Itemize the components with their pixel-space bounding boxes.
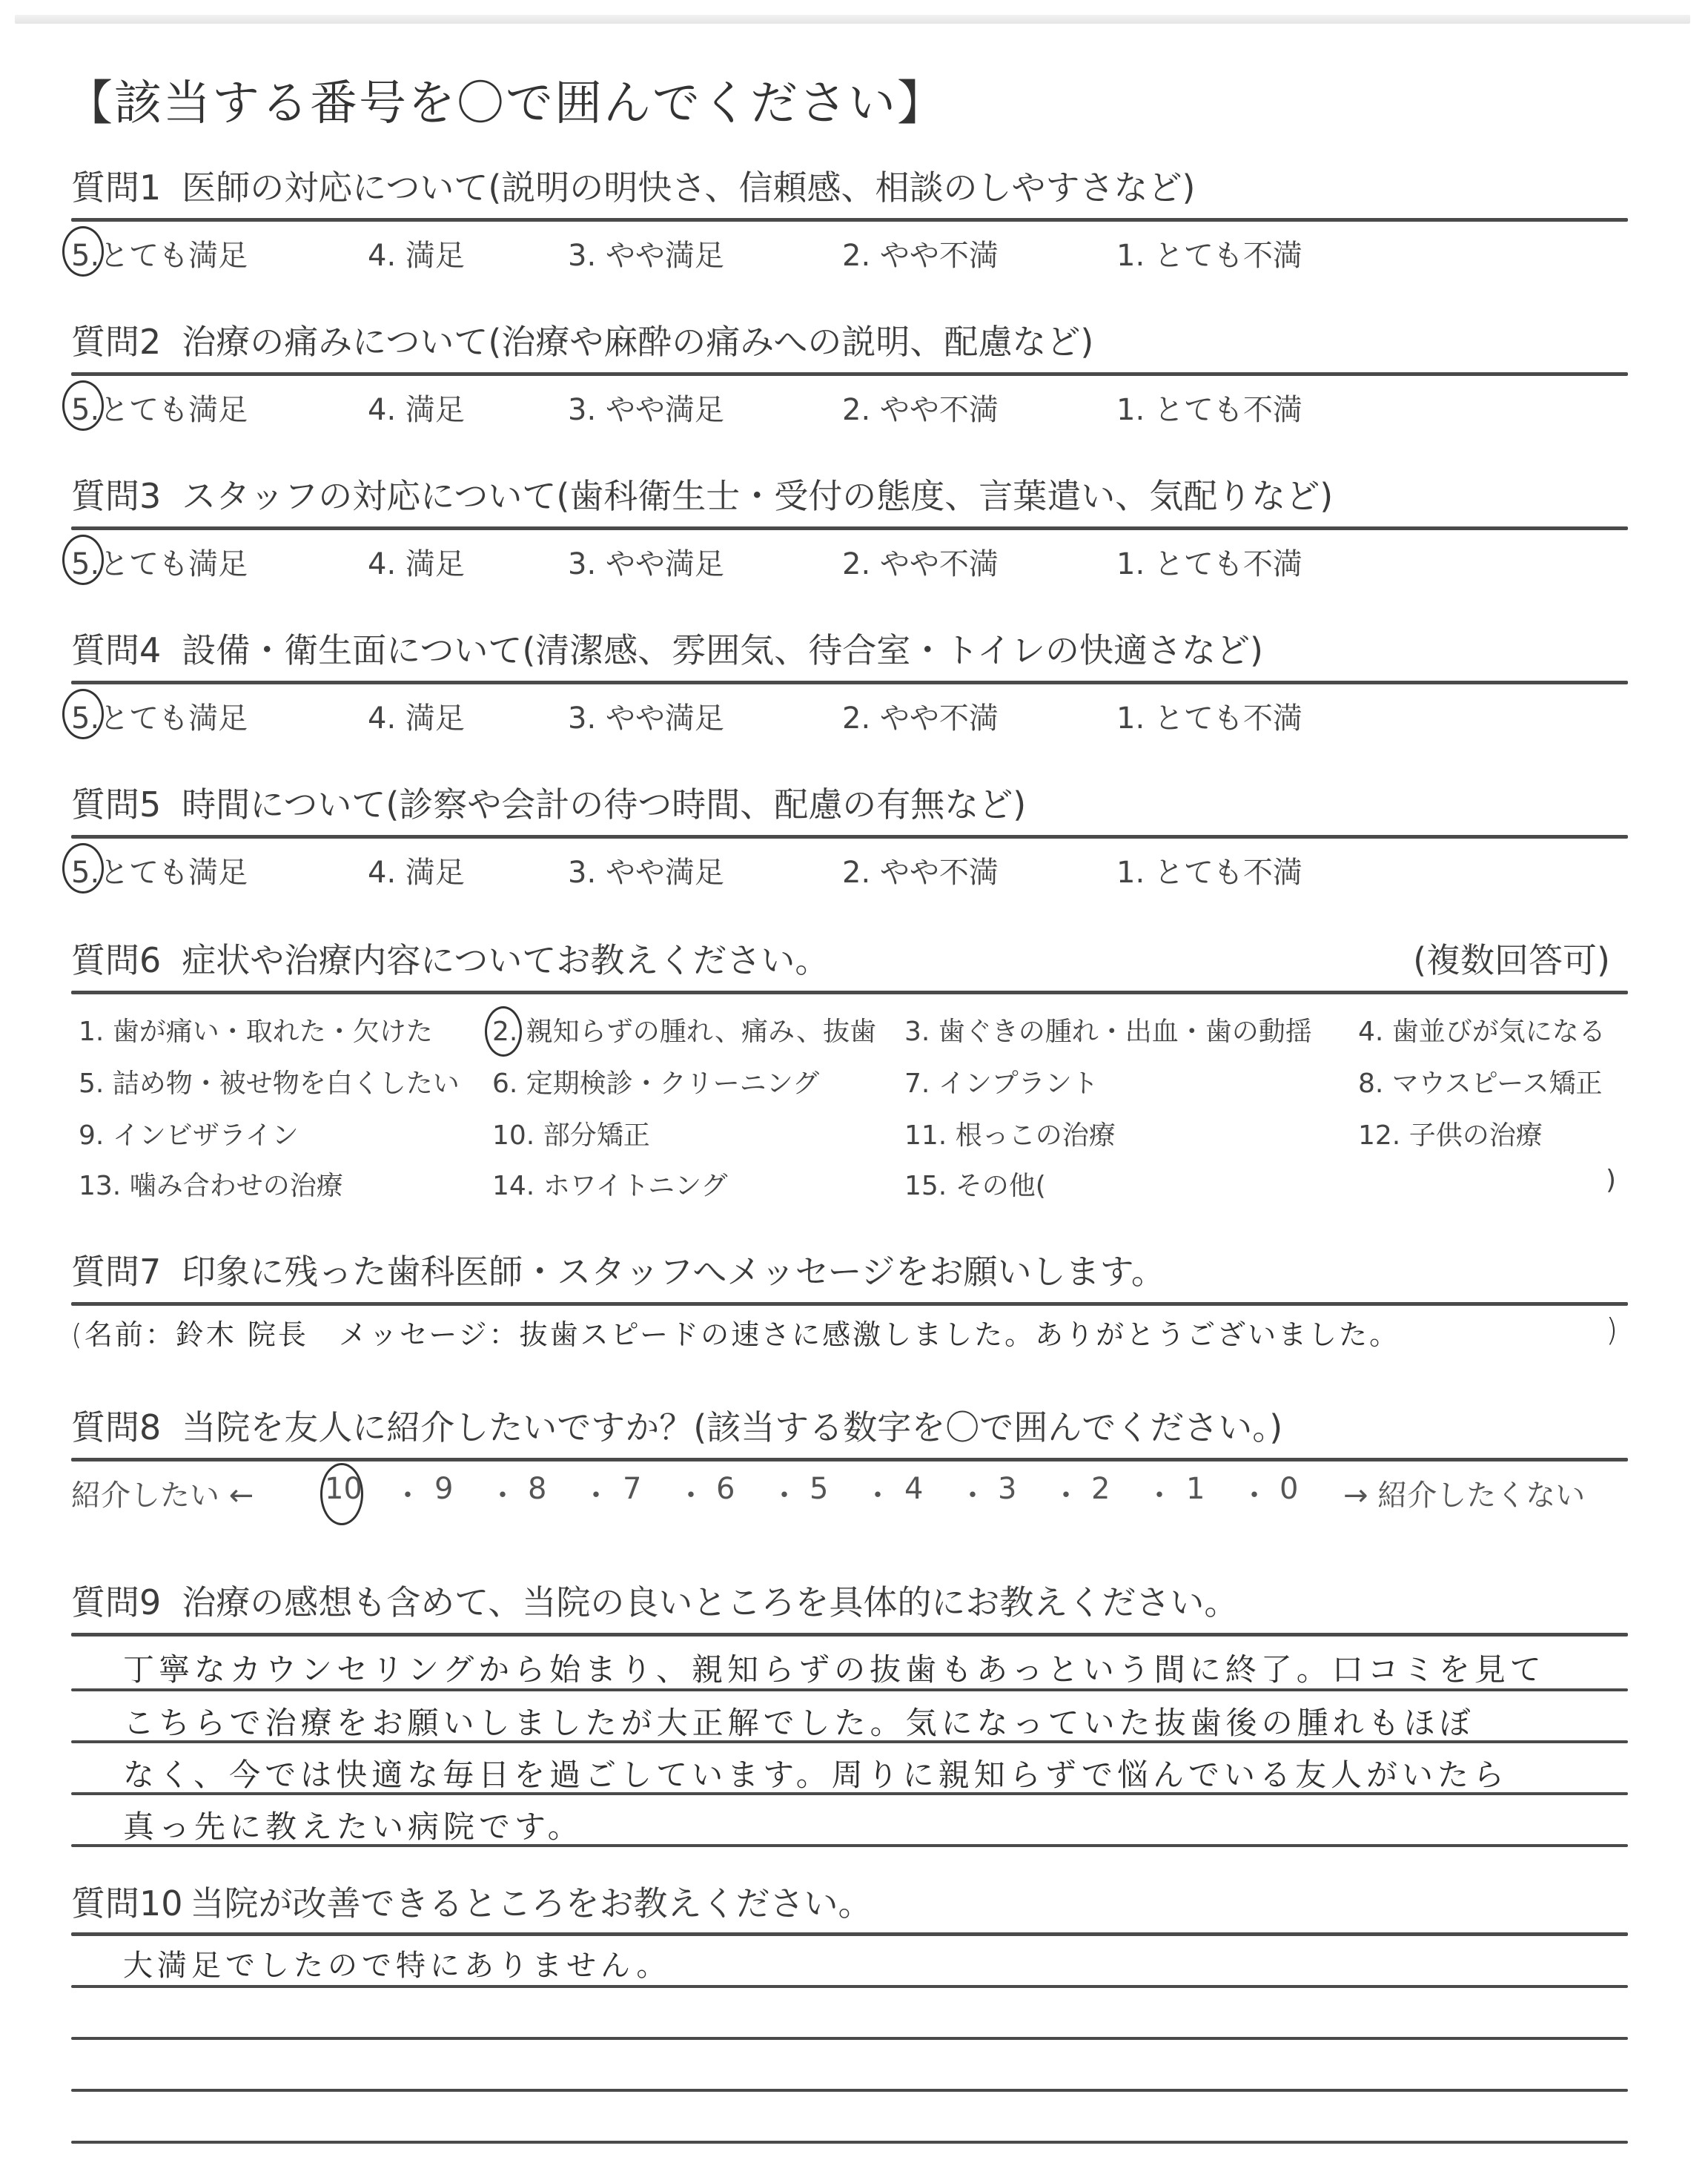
scale-10[interactable]: 10 xyxy=(325,1472,363,1506)
scan-edge xyxy=(15,15,1690,24)
option-1[interactable]: 1. とても不満 xyxy=(1116,386,1302,429)
answer-line xyxy=(71,2040,1628,2089)
symptom-option[interactable]: 5. 詰め物・被せ物を白くしたい xyxy=(79,1063,460,1100)
rating-options: 5.とても満足 4. 満足 3. やや満足 2. やや不満 1. とても不満 xyxy=(71,684,1628,736)
answer-line: 真っ先に教えたい病院です。 xyxy=(71,1795,1628,1844)
rating-options: 5.とても満足 4. 満足 3. やや満足 2. やや不満 1. とても不満 xyxy=(71,376,1628,428)
scale-8[interactable]: 8 xyxy=(528,1472,546,1506)
question-text: 設備・衛生面について(清潔感、雰囲気、待合室・トイレの快適さなど) xyxy=(182,630,1263,670)
symptom-option[interactable]: 9. インビザライン xyxy=(79,1114,299,1152)
recommend-scale: 紹介したい ← 10 ・ 9 ・ 8 ・ 7 ・ 6 ・ 5 ・ 4 ・ 3 ・… xyxy=(71,1462,1628,1521)
answer-text[interactable]: 大満足でしたので特にありません。 xyxy=(123,1942,670,1984)
option-2[interactable]: 2. やや不満 xyxy=(842,849,999,891)
question-heading: 質問4設備・衛生面について(清潔感、雰囲気、待合室・トイレの快適さなど) xyxy=(71,627,1628,673)
scale-dot: ・ xyxy=(581,1472,611,1514)
question-5: 質問5時間について(診察や会計の待つ時間、配慮の有無など) 5.とても満足 4.… xyxy=(71,782,1628,891)
scale-dot: ・ xyxy=(1239,1472,1269,1514)
scale-4[interactable]: 4 xyxy=(904,1472,923,1506)
option-5[interactable]: 5.とても満足 xyxy=(71,849,248,891)
scale-9[interactable]: 9 xyxy=(434,1472,453,1506)
question-number: 質問9 xyxy=(71,1582,161,1622)
answer-text[interactable]: こちらで治療をお願いしましたが大正解でした。気になっていた抜歯後の腫れもほぼ xyxy=(123,1699,1475,1743)
question-heading: 質問8当院を友人に紹介したいですか？(該当する数字を〇で囲んでください。) xyxy=(71,1404,1628,1450)
scale-3[interactable]: 3 xyxy=(998,1472,1016,1506)
scale-dot: ・ xyxy=(958,1472,987,1514)
answer-rule xyxy=(71,2141,1628,2144)
scale-6[interactable]: 6 xyxy=(716,1472,735,1506)
multiple-answers-note: (複数回答可) xyxy=(1413,937,1610,983)
question-text: 当院が改善できるところをお教えください。 xyxy=(191,1883,873,1923)
scale-5[interactable]: 5 xyxy=(810,1472,828,1506)
symptom-option[interactable]: 10. 部分矯正 xyxy=(492,1114,650,1152)
symptom-option[interactable]: 3. 歯ぐきの腫れ・出血・歯の動揺 xyxy=(904,1011,1312,1048)
question-number: 質問2 xyxy=(71,322,161,362)
question-text: 印象に残った歯科医師・スタッフへメッセージをお願いします。 xyxy=(182,1252,1165,1292)
answer-line: こちらで治療をお願いしましたが大正解でした。気になっていた抜歯後の腫れもほぼ xyxy=(71,1691,1628,1740)
symptom-options: 1. 歯が痛い・取れた・欠けた 2. 親知らずの腫れ、痛み、抜歯 3. 歯ぐきの… xyxy=(71,994,1628,1202)
question-heading: 質問9治療の感想も含めて、当院の良いところを具体的にお教えください。 xyxy=(71,1579,1628,1625)
message-text[interactable]: (名前：鈴木 院長 メッセージ：抜歯スピードの速さに感激しました。ありがとうござ… xyxy=(71,1312,1400,1353)
message-answer: (名前：鈴木 院長 メッセージ：抜歯スピードの速さに感激しました。ありがとうござ… xyxy=(71,1306,1628,1358)
answer-line: 丁寧なカウンセリングから始まり、親知らずの抜歯もあっという間に終了。口コミを見て xyxy=(71,1636,1628,1688)
question-7: 質問7印象に残った歯科医師・スタッフへメッセージをお願いします。 (名前：鈴木 … xyxy=(71,1249,1628,1358)
recommend-left-label: 紹介したい ← xyxy=(71,1472,254,1514)
question-number: 質問8 xyxy=(71,1407,161,1447)
question-1: 質問1医師の対応について(説明の明快さ、信頼感、相談のしやすさなど) 5.とても… xyxy=(71,165,1628,274)
question-6: 質問6症状や治療内容についてお教えください。(複数回答可) 1. 歯が痛い・取れ… xyxy=(71,937,1628,1202)
scale-dot: ・ xyxy=(676,1472,706,1514)
question-number: 質問7 xyxy=(71,1252,161,1292)
symptom-option[interactable]: 1. 歯が痛い・取れた・欠けた xyxy=(79,1011,433,1048)
question-text: 治療の痛みについて(治療や麻酔の痛みへの説明、配慮など) xyxy=(182,322,1093,362)
question-heading: 質問10当院が改善できるところをお教えください。 xyxy=(71,1880,1628,1926)
message-close-paren: ) xyxy=(1606,1312,1622,1348)
scale-dot: ・ xyxy=(1145,1472,1174,1514)
scale-0[interactable]: 0 xyxy=(1280,1472,1298,1506)
option-4[interactable]: 4. 満足 xyxy=(368,695,465,737)
option-2[interactable]: 2. やや不満 xyxy=(842,695,999,737)
symptom-option[interactable]: 14. ホワイトニング xyxy=(492,1165,727,1203)
option-3[interactable]: 3. やや満足 xyxy=(568,695,724,737)
option-2[interactable]: 2. やや不満 xyxy=(842,541,999,583)
question-number: 質問10 xyxy=(71,1883,183,1923)
scale-dot: ・ xyxy=(863,1472,893,1514)
question-number: 質問3 xyxy=(71,476,161,516)
other-close-paren: ) xyxy=(1606,1165,1616,1195)
question-text: スタッフの対応について(歯科衛生士・受付の態度、言葉遣い、気配りなど) xyxy=(182,476,1333,516)
answer-text[interactable]: なく、今では快適な毎日を過ごしています。周りに親知らずで悩んでいる友人がいたら xyxy=(123,1751,1509,1795)
symptom-option[interactable]: 7. インプラント xyxy=(904,1063,1099,1100)
option-4[interactable]: 4. 満足 xyxy=(368,232,465,274)
option-1[interactable]: 1. とても不満 xyxy=(1116,541,1302,583)
symptom-option[interactable]: 4. 歯並びが気になる xyxy=(1358,1011,1606,1048)
option-5[interactable]: 5.とても満足 xyxy=(71,232,248,274)
symptom-option[interactable]: 11. 根っこの治療 xyxy=(904,1114,1116,1152)
question-text: 医師の対応について(説明の明快さ、信頼感、相談のしやすさなど) xyxy=(182,168,1195,208)
scale-2[interactable]: 2 xyxy=(1091,1472,1110,1506)
page-title: 【該当する番号を〇で囲んでください】 xyxy=(65,65,946,133)
scale-dot: ・ xyxy=(393,1472,423,1514)
symptom-option-other[interactable]: 15. その他( xyxy=(904,1165,1046,1203)
question-heading: 質問7印象に残った歯科医師・スタッフへメッセージをお願いします。 xyxy=(71,1249,1628,1295)
option-2[interactable]: 2. やや不満 xyxy=(842,386,999,429)
option-5[interactable]: 5.とても満足 xyxy=(71,386,248,429)
symptom-option[interactable]: 12. 子供の治療 xyxy=(1358,1114,1543,1152)
scale-7[interactable]: 7 xyxy=(623,1472,641,1506)
rating-options: 5.とても満足 4. 満足 3. やや満足 2. やや不満 1. とても不満 xyxy=(71,530,1628,582)
answer-line xyxy=(71,1988,1628,2037)
question-heading: 質問2治療の痛みについて(治療や麻酔の痛みへの説明、配慮など) xyxy=(71,319,1628,365)
question-number: 質問4 xyxy=(71,630,161,670)
recommend-right-label: → 紹介したくない xyxy=(1343,1472,1585,1514)
question-text: 症状や治療内容についてお教えください。 xyxy=(182,940,829,980)
option-5[interactable]: 5.とても満足 xyxy=(71,695,248,737)
symptom-option[interactable]: 8. マウスピース矯正 xyxy=(1358,1063,1602,1100)
question-heading: 質問6症状や治療内容についてお教えください。(複数回答可) xyxy=(71,937,1628,983)
question-text: 当院を友人に紹介したいですか？(該当する数字を〇で囲んでください。) xyxy=(182,1407,1282,1447)
question-text: 治療の感想も含めて、当院の良いところを具体的にお教えください。 xyxy=(182,1582,1238,1622)
option-3[interactable]: 3. やや満足 xyxy=(568,386,724,429)
answer-line xyxy=(71,2092,1628,2141)
question-text: 時間について(診察や会計の待つ時間、配慮の有無など) xyxy=(182,785,1026,825)
option-2[interactable]: 2. やや不満 xyxy=(842,232,999,274)
option-5[interactable]: 5.とても満足 xyxy=(71,541,248,583)
question-3: 質問3スタッフの対応について(歯科衛生士・受付の態度、言葉遣い、気配りなど) 5… xyxy=(71,473,1628,582)
symptom-option-selected[interactable]: 2. 親知らずの腫れ、痛み、抜歯 xyxy=(492,1011,876,1048)
option-1[interactable]: 1. とても不満 xyxy=(1116,695,1302,737)
option-3[interactable]: 3. やや満足 xyxy=(568,232,724,274)
question-9: 質問9治療の感想も含めて、当院の良いところを具体的にお教えください。 丁寧なカウ… xyxy=(71,1579,1628,1847)
symptom-option[interactable]: 13. 噛み合わせの治療 xyxy=(79,1165,343,1203)
option-4[interactable]: 4. 満足 xyxy=(368,386,465,429)
option-1[interactable]: 1. とても不満 xyxy=(1116,849,1302,891)
answer-text[interactable]: 真っ先に教えたい病院です。 xyxy=(123,1803,583,1847)
question-heading: 質問3スタッフの対応について(歯科衛生士・受付の態度、言葉遣い、気配りなど) xyxy=(71,473,1628,519)
option-4[interactable]: 4. 満足 xyxy=(368,541,465,583)
question-heading: 質問1医師の対応について(説明の明快さ、信頼感、相談のしやすさなど) xyxy=(71,165,1628,211)
scale-dot: ・ xyxy=(1051,1472,1081,1514)
scale-1[interactable]: 1 xyxy=(1186,1472,1205,1506)
answer-text[interactable]: 丁寧なカウンセリングから始まり、親知らずの抜歯もあっという間に終了。口コミを見て xyxy=(123,1645,1546,1690)
question-4: 質問4設備・衛生面について(清潔感、雰囲気、待合室・トイレの快適さなど) 5.と… xyxy=(71,627,1628,736)
option-4[interactable]: 4. 満足 xyxy=(368,849,465,891)
question-number: 質問6 xyxy=(71,940,161,980)
answer-line: 大満足でしたので特にありません。 xyxy=(71,1936,1628,1985)
rating-options: 5.とても満足 4. 満足 3. やや満足 2. やや不満 1. とても不満 xyxy=(71,222,1628,274)
answer-line: なく、今では快適な毎日を過ごしています。周りに親知らずで悩んでいる友人がいたら xyxy=(71,1743,1628,1792)
rating-options: 5.とても満足 4. 満足 3. やや満足 2. やや不満 1. とても不満 xyxy=(71,839,1628,891)
scale-dot: ・ xyxy=(769,1472,799,1514)
question-heading: 質問5時間について(診察や会計の待つ時間、配慮の有無など) xyxy=(71,782,1628,828)
scale-dot: ・ xyxy=(488,1472,517,1514)
option-1[interactable]: 1. とても不満 xyxy=(1116,232,1302,274)
option-3[interactable]: 3. やや満足 xyxy=(568,849,724,891)
question-10: 質問10当院が改善できるところをお教えください。 大満足でしたので特にありません… xyxy=(71,1880,1628,2144)
symptom-option[interactable]: 6. 定期検診・クリーニング xyxy=(492,1063,819,1100)
question-2: 質問2治療の痛みについて(治療や麻酔の痛みへの説明、配慮など) 5.とても満足 … xyxy=(71,319,1628,428)
question-8: 質問8当院を友人に紹介したいですか？(該当する数字を〇で囲んでください。) 紹介… xyxy=(71,1404,1628,1521)
option-3[interactable]: 3. やや満足 xyxy=(568,541,724,583)
question-number: 質問5 xyxy=(71,785,161,825)
question-number: 質問1 xyxy=(71,168,161,208)
